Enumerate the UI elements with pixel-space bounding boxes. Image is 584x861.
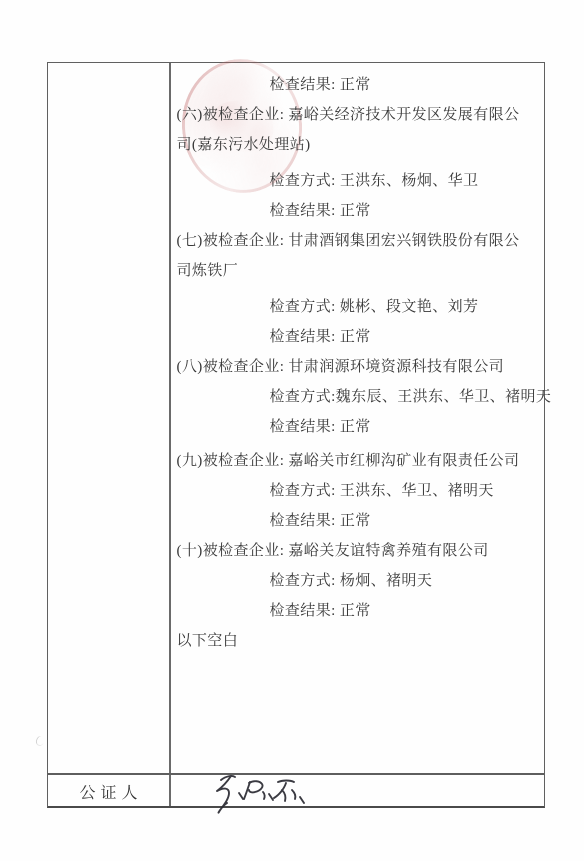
inspection-content-cell: 检查结果: 正常(六)被检查企业: 嘉峪关经济技术开发区发展有限公司(嘉东污水处… bbox=[171, 63, 545, 770]
content-line: 检查结果: 正常 bbox=[177, 70, 543, 100]
notary-signature-cell bbox=[171, 769, 545, 809]
content-line: 以下空白 bbox=[177, 626, 543, 656]
content-line: 司(嘉东污水处理站) bbox=[177, 130, 543, 160]
content-line: 司炼铁厂 bbox=[177, 256, 543, 286]
content-line: (七)被检查企业: 甘肃酒钢集团宏兴钢铁股份有限公 bbox=[177, 226, 543, 256]
content-line: (九)被检查企业: 嘉峪关市红柳沟矿业有限责任公司 bbox=[177, 446, 543, 476]
content-line: 检查方式:魏东辰、王洪东、华卫、褚明天 bbox=[177, 382, 543, 412]
notary-label: 公证人 bbox=[74, 780, 142, 803]
scanned-document-page: 检查结果: 正常(六)被检查企业: 嘉峪关经济技术开发区发展有限公司(嘉东污水处… bbox=[0, 0, 584, 861]
content-line: (十)被检查企业: 嘉峪关友谊特禽养殖有限公司 bbox=[177, 536, 543, 566]
content-line: (八)被检查企业: 甘肃润源环境资源科技有限公司 bbox=[177, 352, 543, 382]
content-line: 检查方式: 姚彬、段文艳、刘芳 bbox=[177, 292, 543, 322]
content-line: 检查方式: 王洪东、杨炯、华卫 bbox=[177, 166, 543, 196]
content-line: 检查结果: 正常 bbox=[177, 506, 543, 536]
content-lines: 检查结果: 正常(六)被检查企业: 嘉峪关经济技术开发区发展有限公司(嘉东污水处… bbox=[177, 70, 543, 656]
record-table: 检查结果: 正常(六)被检查企业: 嘉峪关经济技术开发区发展有限公司(嘉东污水处… bbox=[47, 62, 545, 808]
content-line: (六)被检查企业: 嘉峪关经济技术开发区发展有限公 bbox=[177, 100, 543, 130]
content-line: 检查结果: 正常 bbox=[177, 596, 543, 626]
content-line: 检查结果: 正常 bbox=[177, 322, 543, 352]
scan-smudge bbox=[35, 735, 46, 747]
content-line: 检查方式: 王洪东、华卫、褚明天 bbox=[177, 476, 543, 506]
handwritten-signature bbox=[206, 769, 311, 817]
content-line: 检查结果: 正常 bbox=[177, 196, 543, 226]
content-line: 检查结果: 正常 bbox=[177, 412, 543, 442]
content-line: 检查方式: 杨炯、褚明天 bbox=[177, 566, 543, 596]
notary-label-cell: 公证人 bbox=[48, 775, 169, 808]
